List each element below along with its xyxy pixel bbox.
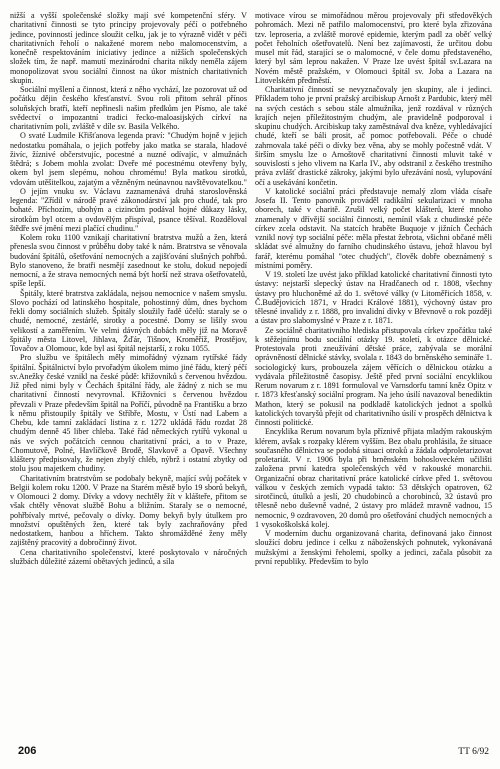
paragraph: Charitativním bratrstvům se podobaly bek… [10,474,247,548]
paragraph: Cena charitativního společenství, které … [10,548,247,567]
paragraph: Ze sociálně charitativního hlediska přis… [255,326,492,428]
text-columns: nižší a vyšší společenské složky mají sv… [0,0,500,566]
journal-issue-reference: TT 6/92 [458,747,489,757]
paragraph: O svaté Ludmile Křišťanova legenda praví… [10,131,247,187]
right-column: motivace vírou se mimořádnou měrou proje… [255,11,492,566]
paragraph: V moderním duchu organizovaná charita, d… [255,529,492,566]
paragraph: Špitály, které bratrstva zakládala, nejs… [10,289,247,354]
paragraph: O jejím vnuku sv. Václavu zaznamenává dr… [10,187,247,233]
page-footer: 206 TT 6/92 [0,743,500,757]
page-number: 206 [18,745,36,757]
paragraph: Sociální myšlení a činnost, která z něho… [10,85,247,131]
paragraph: Charitativní činností se nevyznačovaly j… [255,85,492,187]
paragraph: nižší a vyšší společenské složky mají sv… [10,11,247,85]
paragraph: Encyklika Rerum novarum byla příznivě př… [255,427,492,529]
left-column: nižší a vyšší společenské složky mají sv… [10,11,247,566]
paragraph: V katolické sociální práci představuje n… [255,187,492,270]
paragraph: Kolem roku 1100 vznikají charitativní br… [10,233,247,289]
paragraph: motivace vírou se mimořádnou měrou proje… [255,11,492,85]
scanned-document-page: nižší a vyšší společenské složky mají sv… [0,0,500,769]
paragraph: Pro službu ve špitálech měly mimořádný v… [10,353,247,473]
paragraph: V 19. století lze uvést jako příklad kat… [255,270,492,326]
